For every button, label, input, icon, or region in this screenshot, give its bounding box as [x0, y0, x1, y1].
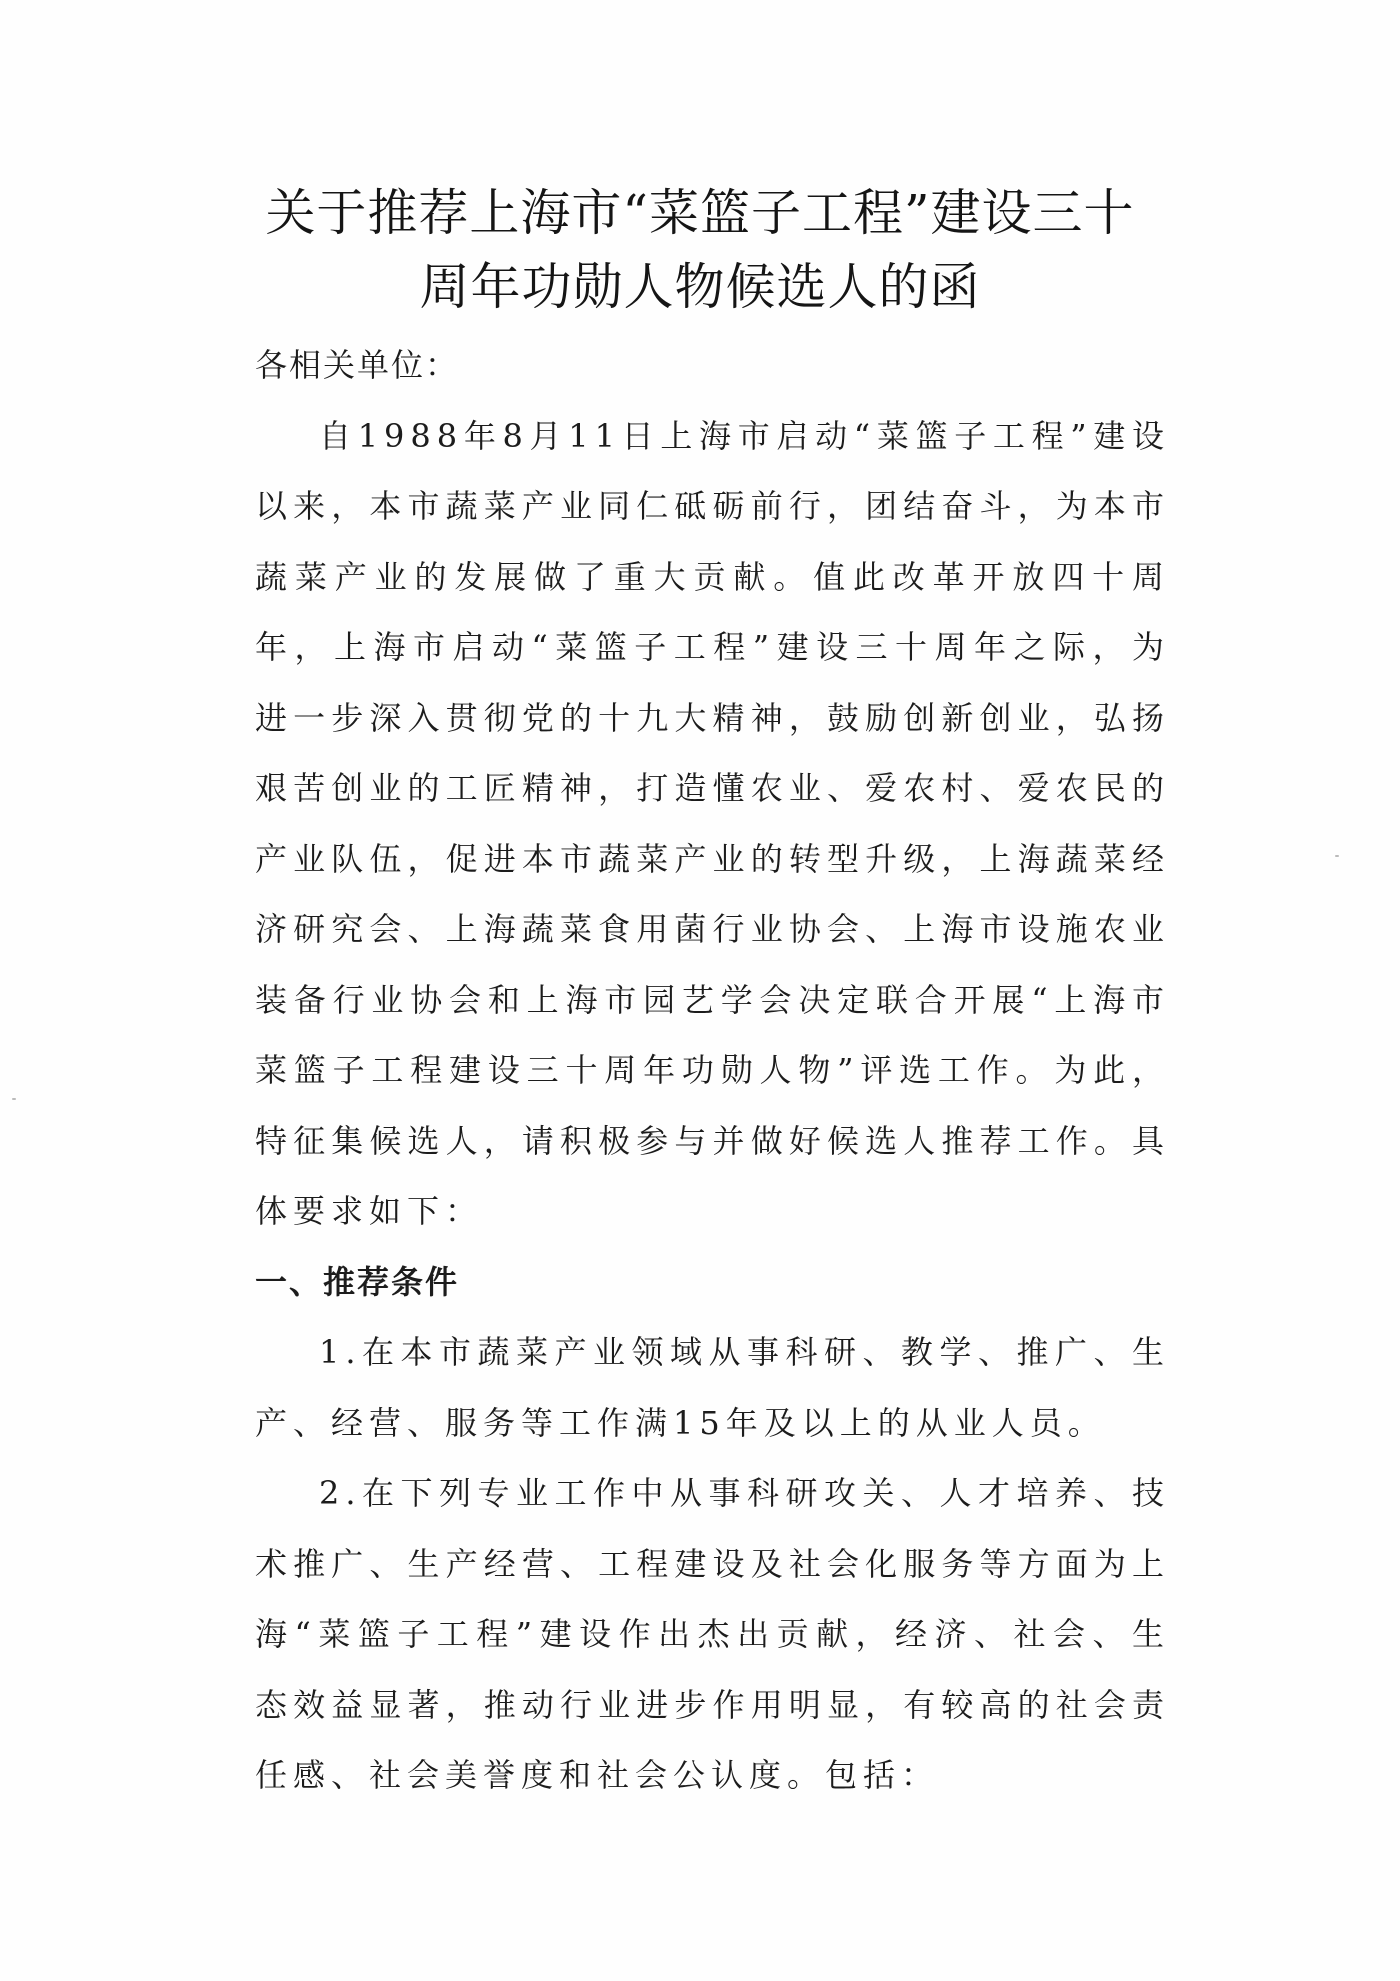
intro-paragraph: 自1988年8月11日上海市启动“菜篮子工程”建设以来，本市蔬菜产业同仁砥砺前行…: [255, 401, 1170, 1247]
document-page: 关于推荐上海市“菜篮子工程”建设三十 周年功勋人物候选人的函 各相关单位： 自1…: [0, 0, 1400, 1981]
section-heading: 一、推荐条件: [255, 1247, 1170, 1318]
condition-item-2: 2.在下列专业工作中从事科研攻关、人才培养、技术推广、生产经营、工程建设及社会化…: [255, 1458, 1170, 1811]
scan-speck: [1335, 855, 1339, 857]
document-title-line-2: 周年功勋人物候选人的函: [0, 262, 1400, 312]
condition-item-1: 1.在本市蔬菜产业领域从事科研、教学、推广、生产、经营、服务等工作满15年及以上…: [255, 1317, 1170, 1458]
salutation: 各相关单位：: [255, 330, 1170, 401]
document-title-line-1: 关于推荐上海市“菜篮子工程”建设三十: [0, 188, 1400, 238]
document-body: 各相关单位： 自1988年8月11日上海市启动“菜篮子工程”建设以来，本市蔬菜产…: [255, 330, 1170, 1811]
scan-speck: [12, 1098, 16, 1100]
